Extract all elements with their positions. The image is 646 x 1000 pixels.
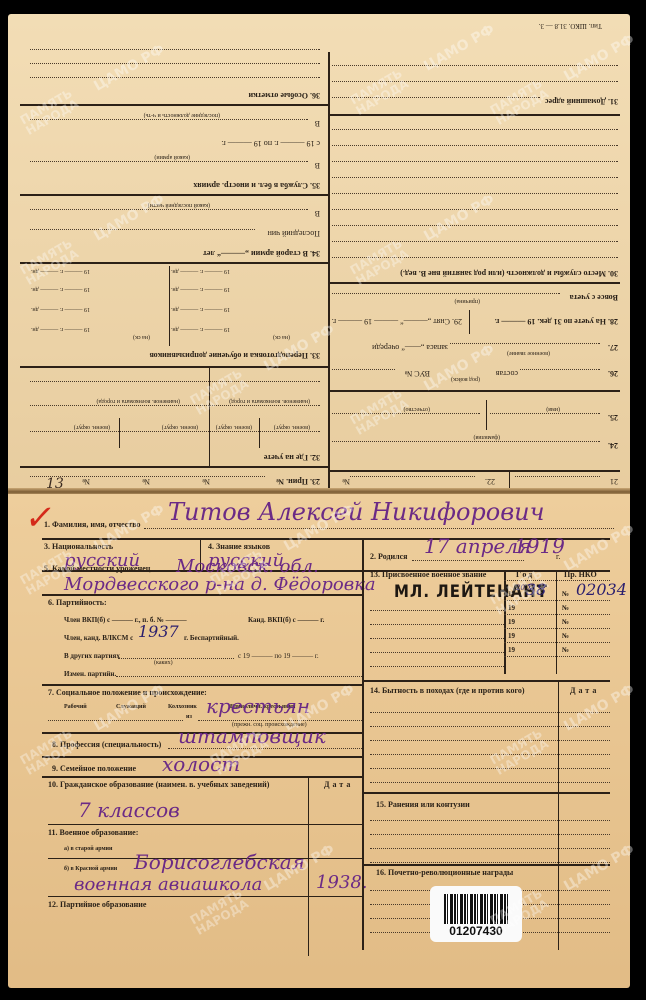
field-31-line-1[interactable] (332, 97, 540, 98)
field-33-row: 19 ——— г. ——— дн. (171, 286, 230, 292)
divider (362, 538, 364, 570)
social-option-worker[interactable]: Рабочий (64, 704, 87, 710)
field-6-label: 6. Партийность: (48, 598, 107, 607)
field-14-line-6[interactable] (370, 782, 610, 783)
social-option-collective-farmer[interactable]: Колхозник (168, 704, 197, 710)
rank-row-line[interactable] (504, 642, 610, 643)
rank-row-line[interactable] (504, 600, 610, 601)
field-35-label: 35. Служба в бел. и иностр. армиях (193, 181, 320, 190)
field-14-line-4[interactable] (370, 754, 610, 755)
field-2-suffix: г. (556, 552, 560, 561)
field-27-label: 27. (608, 343, 618, 352)
field-36-label: 36. Особые отметки (248, 91, 320, 100)
divider (209, 368, 210, 468)
field-6-other-period: с 19 ——— по 19 ——— г. (238, 652, 319, 660)
field-26-label: 26. (608, 369, 618, 378)
rank-row-line[interactable] (504, 628, 610, 629)
field-25-patronymic-hint: (отчество) (404, 406, 430, 412)
field-26-vus-line[interactable] (332, 369, 395, 370)
field-21-label: 21 (610, 477, 618, 486)
field-29b-line[interactable] (332, 293, 560, 294)
field-32-line-2[interactable] (30, 405, 320, 406)
divider (330, 282, 620, 284)
field-31-label: 31. Домашний адрес (545, 97, 618, 106)
field-13-line-3[interactable] (370, 638, 504, 639)
divider (330, 390, 620, 392)
field-35-army-hint: (какой армии) (154, 154, 190, 160)
field-8-value[interactable]: штамповщик (178, 724, 326, 748)
field-2-label: 2. Родился (370, 552, 407, 561)
field-33-row: 19 ——— г. ——— дн. (31, 326, 90, 332)
field-35-period: с 19 ——— г. по 19 ——— г. (221, 139, 320, 148)
field-13-year-header: Год (516, 570, 534, 579)
rank-row-line[interactable] (504, 614, 610, 615)
field-31-line-2[interactable] (332, 81, 618, 82)
field-35-in: В (315, 161, 320, 170)
field-27-hint: (военное звание) (507, 350, 550, 356)
right-column-divider (362, 570, 364, 950)
divider (330, 470, 620, 472)
barcode-label: 01207430 (430, 886, 522, 942)
field-2-line[interactable] (412, 560, 524, 561)
field-9-value[interactable]: холост (162, 752, 240, 776)
field-6-changes-line[interactable] (116, 676, 362, 677)
field-27-reserve: запаса „——“ очереди (372, 343, 448, 352)
barcode-icon (444, 894, 508, 924)
check-mark-icon: ✓ (22, 498, 58, 538)
rank-order-prefix: № (562, 632, 569, 640)
field-23-label: 23. Прин. № (276, 477, 320, 486)
field-34-label: 34. В старой армии „———“ лет (203, 249, 320, 258)
field-11-label: 11. Военное образование: (48, 828, 138, 837)
field-7-origin-line[interactable] (198, 720, 362, 721)
divider (42, 684, 362, 686)
divider (169, 266, 170, 346)
rank-order-prefix: № (562, 646, 569, 654)
field-13-line-1[interactable] (370, 610, 504, 611)
divider (42, 594, 362, 596)
field-35-pos-hint: (последние должность и ч-ть) (144, 112, 220, 118)
field-33-label: 33. Переподготовка и обучение допризывни… (150, 351, 320, 360)
field-33-hint-1: (на ск) (273, 334, 290, 340)
field-6-changes: Измен. партийн. (64, 670, 116, 678)
divider (330, 114, 620, 116)
divider (556, 570, 557, 674)
field-28-label: 28. На учете по 31 дек. 19 ——— г. (495, 317, 618, 326)
rotated-form: Тип. ШКО. 31.8 — 3. 21 22. № 24. (фамили… (8, 14, 630, 492)
field-35-pos-line[interactable] (30, 119, 308, 120)
field-32-hint-2: (военн. округ) (216, 424, 252, 430)
field-15-label: 15. Ранения или контузии (376, 800, 470, 809)
divider (20, 262, 330, 264)
field-23-no-3: № (82, 477, 90, 486)
field-32-line-1[interactable] (30, 431, 320, 432)
field-15-line-4[interactable] (370, 862, 610, 863)
bottom-page: ✓ 1. Фамилия, имя, отчество Титов Алексе… (8, 494, 630, 988)
field-33-row: 19 ——— г. ——— дн. (31, 306, 90, 312)
field-6-other-parties: В других партиях (64, 652, 120, 660)
field-7-from: из (186, 714, 192, 720)
field-30-line-6[interactable] (332, 177, 618, 178)
field-14-line-3[interactable] (370, 740, 610, 741)
field-22-label: 22. (485, 477, 495, 486)
field-10-value[interactable]: 7 классов (78, 798, 180, 822)
field-34-unit-prefix: В (315, 209, 320, 218)
divider (558, 680, 559, 950)
field-7-value[interactable]: крестьян (206, 694, 310, 718)
date-column-divider (308, 776, 309, 956)
divider (362, 680, 610, 682)
field-7-label: 7. Социальное положение и происхождение: (48, 688, 207, 697)
field-15-line-2[interactable] (370, 834, 610, 835)
field-23-no-2: № (142, 477, 150, 486)
field-32-hint-1: (военн. округ) (274, 424, 310, 430)
field-33-row: 19 ——— г. ——— дн. (31, 286, 90, 292)
field-26-sostav: состав (496, 369, 518, 378)
field-14-line-2[interactable] (370, 726, 610, 727)
field-14-line-1[interactable] (370, 712, 610, 713)
field-32-line-3[interactable] (30, 381, 320, 382)
field-36-line-3[interactable] (30, 49, 320, 50)
field-15-line-1[interactable] (370, 820, 610, 821)
field-25-name-line[interactable] (490, 413, 600, 414)
field-14-label: 14. Бытность в походах (где и против ког… (370, 686, 525, 695)
divider (486, 400, 487, 430)
divider (20, 366, 330, 368)
rank-order-prefix: № (562, 590, 569, 598)
field-13-label: 13. Присвоенное военное звание (370, 570, 486, 579)
divider (362, 792, 610, 794)
field-30-line-1[interactable] (332, 257, 618, 258)
field-23-line[interactable] (30, 476, 265, 477)
field-8-line[interactable] (168, 748, 362, 749)
field-11b-label: б) в Красной армии (64, 866, 117, 872)
rank-year-prefix: 19 (508, 590, 515, 598)
top-page-upside-down: Тип. ШКО. 31.8 — 3. 21 22. № 24. (фамили… (8, 14, 630, 492)
field-33-row: 19 ——— г. ——— дн. (171, 268, 230, 274)
social-option-employee[interactable]: Служащий (116, 704, 146, 710)
field-15-line-3[interactable] (370, 848, 610, 849)
printer-mark: Тип. ШКО. 31.8 — 3. (539, 22, 602, 30)
field-6-candidate: Канд. ВКП(б) с ——— г. (248, 616, 324, 624)
field-6-other-hint: (каких) (154, 660, 173, 666)
field-29b-hint: (причина) (454, 298, 480, 304)
rank-year-note: 20 X (516, 584, 532, 592)
divider (119, 418, 120, 448)
field-14-line-5[interactable] (370, 768, 610, 769)
field-33-hint-2: (на ск) (133, 334, 150, 340)
field-1-label: 1. Фамилия, имя, отчество (44, 520, 140, 529)
field-35-in-2: В (315, 119, 320, 128)
field-22-line[interactable] (350, 476, 475, 477)
field-32-hint-4: (военн. округ) (74, 424, 110, 430)
field-8-label: 8. Профессия (специальность) (52, 740, 161, 749)
field-29b-label: Вовсе с учета (570, 293, 618, 302)
rank-order-prefix: № (562, 618, 569, 626)
field-33-row: 19 ——— г. ——— дн. (171, 306, 230, 312)
field-1-line[interactable] (144, 528, 614, 529)
field-13-order-header: Пр. НКО (564, 570, 597, 579)
field-5-value-2[interactable]: Мордвесского р-на д. Фёдоровка (64, 574, 376, 595)
rank-order-value[interactable]: 02034 (576, 580, 627, 599)
field-35-army-line[interactable] (30, 161, 308, 162)
field-13-line-4[interactable] (370, 652, 504, 653)
field-11b-value-2[interactable]: военная авиашкола (74, 874, 262, 895)
divider (48, 896, 362, 897)
divider (48, 824, 362, 825)
field-25-patronymic-line[interactable] (332, 413, 480, 414)
field-10-label: 10. Гражданское образование (наимен. в. … (48, 780, 269, 789)
field-36-line-1[interactable] (30, 77, 320, 78)
divider (504, 570, 506, 674)
field-26-vus: ВУС № (405, 369, 430, 378)
field-6-non-party: г. Беспартийный. (184, 634, 239, 642)
field-23-no-1: № (202, 477, 210, 486)
divider (20, 466, 330, 468)
field-32-hint-5: (наименов. военкомата и город) (229, 398, 310, 404)
field-26-hint: (род войск) (451, 376, 480, 382)
field-32-hint-3: (военн. округ) (162, 424, 198, 430)
field-32-hint-6: (наименов. военкомата и города) (96, 398, 180, 404)
field-13-line-5[interactable] (370, 666, 504, 667)
field-30-line-4[interactable] (332, 209, 618, 210)
field-12-label: 12. Партийное образование (48, 900, 146, 909)
field-34-unit-line[interactable] (30, 209, 308, 210)
field-30-line-8[interactable] (332, 145, 618, 146)
field-6-vlksm-label: Член, канд. ВЛКСМ с (64, 634, 133, 642)
divider (42, 776, 362, 778)
field-11b-date[interactable]: 1938. (316, 872, 368, 893)
field-16-label: 16. Почетно-революционные награды (376, 868, 513, 877)
field-33-row: 19 ——— г. ——— дн. (171, 326, 230, 332)
field-30-label: 30. Место службы и должность (или род за… (400, 269, 618, 278)
divider (362, 864, 610, 866)
field-36-line-2[interactable] (30, 63, 320, 64)
divider (259, 418, 260, 448)
field-33-row: 19 ——— г. ——— дн. (31, 268, 90, 274)
field-10-date-header: Дата (324, 780, 353, 789)
barcode-number: 01207430 (430, 924, 522, 938)
divider (469, 310, 470, 334)
rank-order-prefix: № (562, 604, 569, 612)
rank-year-prefix: 19 (508, 618, 515, 626)
field-29-label: 29. Снят „———“ ——— 19 ——— г. (332, 317, 462, 326)
field-22-number: № (342, 477, 350, 486)
field-24-hint: (фамилия) (473, 434, 500, 440)
field-30-line-7[interactable] (332, 161, 618, 162)
field-14-date-header: Дата (570, 686, 599, 695)
field-34-rank: Последний чин (268, 229, 320, 238)
rank-year-prefix: 19 (508, 632, 515, 640)
field-30-line-2[interactable] (332, 241, 618, 242)
field-30-line-5[interactable] (332, 193, 618, 194)
rank-year-prefix: 19 (508, 604, 515, 612)
field-30-line-3[interactable] (332, 225, 618, 226)
field-24-label: 24. (608, 441, 618, 450)
field-25-name-hint: (имя) (546, 406, 560, 412)
field-5-label: 5. Какой местности уроженец (44, 564, 150, 573)
field-21-line[interactable] (515, 476, 600, 477)
rank-row-line[interactable] (504, 656, 610, 657)
divider (20, 194, 330, 196)
field-30-line-9[interactable] (332, 129, 618, 130)
field-26-line[interactable] (520, 369, 600, 370)
divider (20, 104, 330, 106)
field-7-line[interactable] (48, 720, 183, 721)
field-11a-label: а) в старой армии (64, 846, 112, 852)
field-9-label: 9. Семейное положение (52, 764, 136, 773)
field-6-other-line[interactable] (118, 658, 234, 659)
field-31-line-3[interactable] (332, 65, 618, 66)
rank-year-prefix: 19 (508, 646, 515, 654)
center-divider (328, 52, 330, 492)
field-24-line[interactable] (332, 441, 600, 442)
field-34-rank-line[interactable] (30, 229, 255, 230)
field-34-unit-hint: (какой последней части) (148, 202, 210, 208)
field-27-line[interactable] (450, 343, 600, 344)
field-13-line-2[interactable] (370, 624, 504, 625)
field-25-label: 25. (608, 413, 618, 422)
field-32-label: 32. Где на учете (264, 453, 320, 462)
field-11b-value-1[interactable]: Борисоглебская (134, 850, 305, 874)
field-6-vlksm-value[interactable]: 1937 (138, 622, 179, 641)
field-1-value[interactable]: Титов Алексей Никифорович (168, 498, 545, 526)
